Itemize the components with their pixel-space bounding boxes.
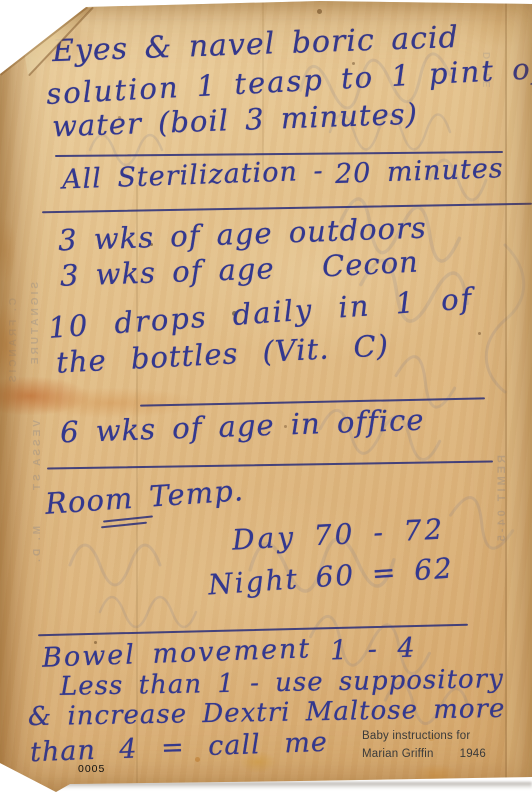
right-edge-band [507,0,532,783]
caption-year: 1946 [460,745,486,763]
handwriting-line-6a: 3 wks of age [60,254,275,290]
scanned-note-photo: C. FRANCIS SIGNATURE VESSA ST M. D. REMI… [0,0,532,794]
handwriting-line-15: & increase Dextri Maltose more [28,696,506,730]
caption-line2: Marian Griffin1946 [362,745,486,763]
caption-line1: Baby instructions for [362,727,486,745]
scan-number: 0005 [78,763,105,775]
photo-caption: Baby instructions for Marian Griffin1946 [362,727,486,764]
note-paper: C. FRANCIS SIGNATURE VESSA ST M. D. REMI… [0,0,532,794]
caption-name: Marian Griffin [362,748,434,760]
paper-specks [0,0,3,3]
handwriting-line-6b: Cecon [321,247,419,281]
handwriting-line-4b: 20 minutes [335,155,504,188]
handwriting-line-13b: 1 - 4 [330,634,419,664]
